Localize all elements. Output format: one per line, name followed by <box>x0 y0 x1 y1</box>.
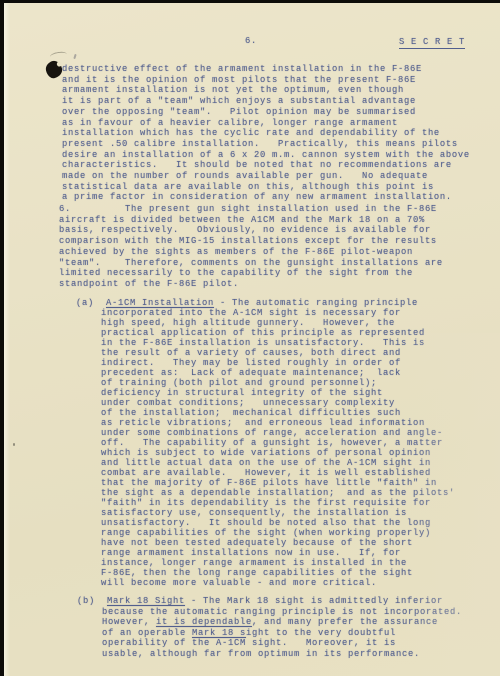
text-line: of the installation; mechanical difficul… <box>76 408 455 418</box>
text-line: achieved by the sights as members of the… <box>59 247 443 258</box>
text-line: of training (both pilot and ground perso… <box>76 378 455 388</box>
text-line: standpoint of the F-86E pilot. <box>59 279 443 290</box>
text-line: precedent as: Lack of adequate maintenan… <box>76 368 455 378</box>
text-line: (a) A-1CM Installation - The automatic r… <box>76 298 455 308</box>
text-line: incorporated into the A-1CM sight is nec… <box>76 308 455 318</box>
document-body: 6. S E C R E T destructive effect of the… <box>4 3 500 676</box>
text-line: deficiency in structural integrity of th… <box>76 388 455 398</box>
text-line: off. The capability of a gunsight is, ho… <box>76 438 455 448</box>
paragraph-6: 6. The present gun sight installation us… <box>59 204 443 290</box>
text-line: indirect. They may be listed roughly in … <box>76 358 455 368</box>
text-line: statistical data are available on this, … <box>62 182 470 193</box>
text-line: combat are available. However, it is wel… <box>76 468 455 478</box>
text-line: high speed, high altitude gunnery. Howev… <box>76 318 455 328</box>
text-line: under some combinations of range, accele… <box>76 428 455 438</box>
text-line: range capabilities of the sight (when wo… <box>76 528 455 538</box>
text-line: unsatisfactory. It should be noted also … <box>76 518 455 528</box>
text-line: destructive effect of the armament insta… <box>62 64 470 75</box>
text-line: have not been tested adequately because … <box>76 538 455 548</box>
text-line: characteristics. It should be noted that… <box>62 160 470 171</box>
page-number: 6. <box>245 36 257 46</box>
text-line: which is subject to wide variations of p… <box>76 448 455 458</box>
text-line: that the majority of F-86E pilots have l… <box>76 478 455 488</box>
text-line: in the F-86E installation is unsatisfact… <box>76 338 455 348</box>
text-line: (b) Mark 18 Sight - The Mark 18 sight is… <box>77 596 462 607</box>
text-line: instance, longer range armament is insta… <box>76 558 455 568</box>
text-line: desire an installation of a 6 x 20 m.m. … <box>62 150 470 161</box>
text-line: However, it is dependable, and many pref… <box>77 617 462 628</box>
text-line: "faith" in its dependability is the firs… <box>76 498 455 508</box>
item-b: (b) Mark 18 Sight - The Mark 18 sight is… <box>77 596 462 660</box>
text-line: of an operable Mark 18 sight to the very… <box>77 628 462 639</box>
text-line: armament installation is not yet the opt… <box>62 85 470 96</box>
text-line: F-86E, then the long range capabilities … <box>76 568 455 578</box>
text-line: the sight as a dependable installation; … <box>76 488 455 498</box>
text-line: satisfactory use, consequently, the inst… <box>76 508 455 518</box>
text-line: the result of a variety of causes, both … <box>76 348 455 358</box>
text-line: "team". Therefore, comments on the gunsi… <box>59 258 443 269</box>
text-line: over the opposing "team". Pilot opinion … <box>62 107 470 118</box>
text-line: under combat conditions; unnecessary com… <box>76 398 455 408</box>
text-line: it is part of a "team" which enjoys a su… <box>62 96 470 107</box>
text-line: operability of the A-1CM sight. Moreover… <box>77 638 462 649</box>
classification-stamp: S E C R E T <box>399 37 465 49</box>
text-line: limited necessarily to the capability of… <box>59 268 443 279</box>
text-line: usable, although far from optimum in its… <box>77 649 462 660</box>
text-line: present .50 calibre installation. Practi… <box>62 139 470 150</box>
text-line: range armament installations now in use.… <box>76 548 455 558</box>
text-line: practical application of this principle … <box>76 328 455 338</box>
paper-speck <box>13 443 15 446</box>
text-line: installation which has the cyclic rate a… <box>62 128 470 139</box>
text-line: made on the number of rounds available p… <box>62 171 470 182</box>
text-line: 6. The present gun sight installation us… <box>59 204 443 215</box>
item-a: (a) A-1CM Installation - The automatic r… <box>76 298 455 588</box>
text-line: basis, respectively. Obviously, no evide… <box>59 225 443 236</box>
text-line: as in favour of a heavier calibre, longe… <box>62 118 470 129</box>
text-line: comparison with the MIG-15 installations… <box>59 236 443 247</box>
text-line: a prime factor in consideration of any n… <box>62 192 470 203</box>
paragraph-intro: destructive effect of the armament insta… <box>62 64 470 203</box>
text-line: as reticle vibrations; and erroneous lea… <box>76 418 455 428</box>
document-page: 6. S E C R E T destructive effect of the… <box>4 3 500 676</box>
text-line: and it is the opinion of most pilots tha… <box>62 75 470 86</box>
text-line: because the automatic ranging principle … <box>77 607 462 618</box>
text-line: aircraft is divided between the A1CM and… <box>59 215 443 226</box>
text-line: will become more valuable - and more cri… <box>76 578 455 588</box>
text-line: and little actual data on the use of the… <box>76 458 455 468</box>
